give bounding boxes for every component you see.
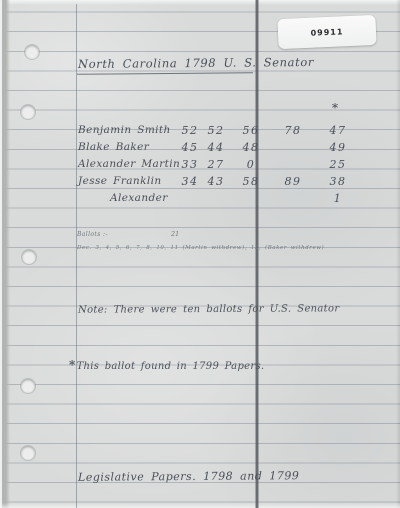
footnote-text: This ballot found in 1799 Papers.	[77, 361, 265, 372]
footnote-line: *This ballot found in 1799 Papers.	[69, 358, 264, 372]
binder-hole	[21, 446, 35, 460]
candidate-name: Jesse Franklin	[78, 175, 162, 187]
ballot-value: 52	[176, 124, 204, 137]
table-row: Benjamin Smith 52 52 56 78 47	[0, 124, 400, 141]
page-title: North Carolina 1798 U. S. Senator	[78, 55, 314, 71]
ballot-value: 52	[202, 124, 230, 137]
ballot-value: 38	[322, 175, 354, 188]
note-line: Note: There were ten ballots for U.S. Se…	[78, 303, 339, 315]
ballot-value: 47	[322, 124, 354, 137]
ballots-annotation-count: 21	[171, 230, 179, 238]
ruled-lines	[6, 0, 400, 508]
center-crease-line	[255, 0, 259, 508]
binder-hole	[22, 250, 36, 264]
ballots-annotation-label: Ballots :-	[77, 231, 108, 238]
table-row: Blake Baker 45 44 48 49	[0, 141, 400, 158]
ballot-value: 44	[202, 141, 230, 154]
catalog-number-label: 09911	[277, 15, 376, 49]
table-row: Alexander Martin 33 27 0 25	[0, 158, 400, 175]
ballot-value: 49	[322, 141, 354, 154]
asterisk-marker: *	[332, 101, 338, 115]
ballot-value: 33	[176, 158, 204, 171]
paper-top-edge	[0, 0, 400, 5]
table-row: Jesse Franklin 34 43 58 89 38	[0, 175, 400, 192]
binder-hole	[21, 105, 35, 119]
ballot-value: 0	[236, 158, 266, 171]
binder-hole	[21, 379, 35, 393]
source-line: Legislative Papers. 1798 and 1799	[78, 469, 299, 484]
margin-rule-line	[76, 4, 77, 508]
paper-left-edge	[0, 0, 10, 508]
table-row: Alexander 1	[0, 192, 400, 209]
footnote-asterisk: *	[69, 358, 76, 372]
ballot-value: 89	[278, 175, 308, 188]
ballot-value: 78	[278, 124, 308, 137]
ballots-annotation-dates: Dec. 3, 4, 5, 6, 7, 8, 10, 11 (Martin wi…	[77, 245, 324, 251]
ballot-value: 58	[236, 175, 266, 188]
candidate-name: Blake Baker	[78, 141, 149, 153]
ballot-value: 34	[176, 175, 204, 188]
candidate-name: Alexander Martin	[78, 158, 180, 170]
ballot-value: 48	[236, 141, 266, 154]
ballot-value: 45	[176, 141, 204, 154]
candidate-name: Alexander	[110, 192, 168, 204]
paper-bottom-edge	[0, 503, 400, 508]
ballot-value: 56	[236, 124, 266, 137]
catalog-number: 09911	[310, 27, 343, 37]
ballot-value: 27	[202, 158, 230, 171]
ballot-value: 25	[322, 158, 354, 171]
candidate-name: Benjamin Smith	[78, 124, 171, 136]
binder-hole	[25, 45, 39, 59]
paper-right-edge	[396, 0, 400, 508]
ballot-value: 43	[202, 175, 230, 188]
title-underline	[77, 72, 253, 75]
ballot-value: 1	[322, 192, 354, 205]
scanned-document-page: 09911 North Carolina 1798 U. S. Senator …	[0, 0, 400, 508]
